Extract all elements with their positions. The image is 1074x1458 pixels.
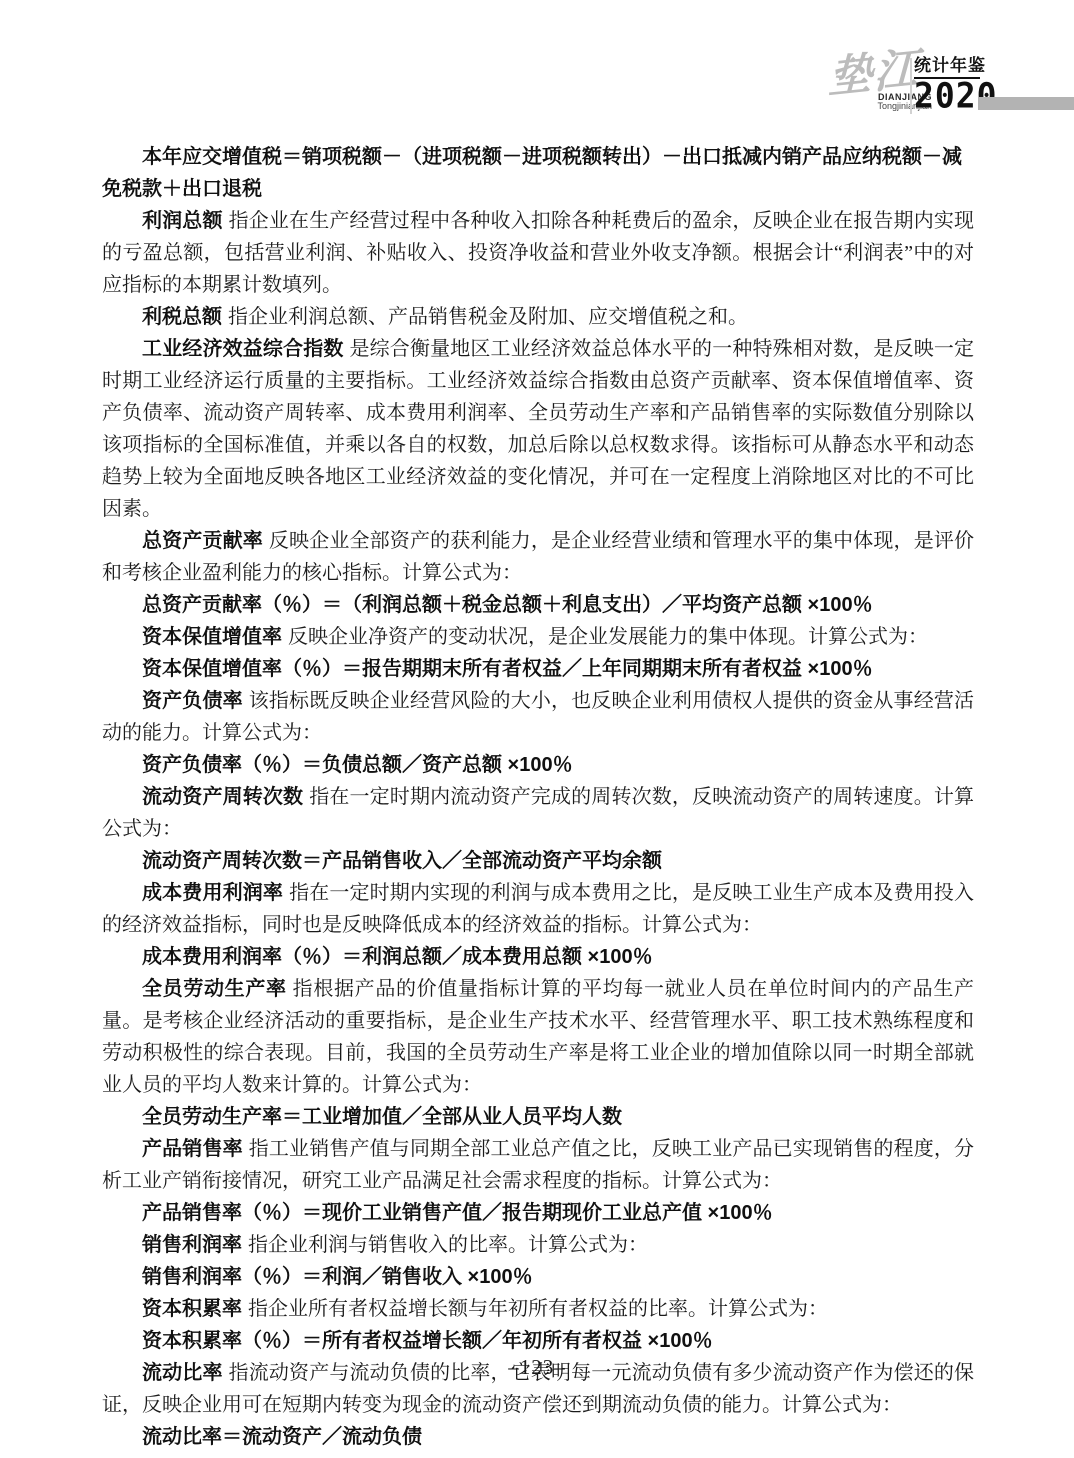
definition-paragraph: 利润总额指企业在生产经营过程中各种收入扣除各种耗费后的盈余，反映企业在报告期内实… [102,205,974,301]
definition-paragraph: 资本保值增值率反映企业净资产的变动状况，是企业发展能力的集中体现。计算公式为： [102,621,974,653]
formula-paragraph: 本年应交增值税＝销项税额－（进项税额－进项税额转出）－出口抵减内销产品应纳税额－… [102,141,974,205]
formula-paragraph: 成本费用利润率（％）＝利润总额／成本费用总额 ×100％ [102,941,974,973]
term-label: 利税总额 [142,306,222,328]
yearbook-title-block: 统计年鉴 2020 [914,56,980,113]
definition-paragraph: 流动资产周转次数指在一定时期内流动资产完成的周转次数，反映流动资产的周转速度。计… [102,781,974,845]
formula-paragraph: 全员劳动生产率＝工业增加值／全部从业人员平均人数 [102,1101,974,1133]
term-label: 利润总额 [142,210,223,232]
term-label: 流动资产周转次数 [142,786,303,808]
definition-paragraph: 销售利润率指企业利润与销售收入的比率。计算公式为： [102,1229,974,1261]
definition-paragraph: 工业经济效益综合指数是综合衡量地区工业经济效益总体水平的一种特殊相对数，是反映一… [102,333,974,525]
term-label: 销售利润率 [142,1234,242,1256]
term-label: 总资产贡献率 [142,530,263,552]
term-label: 资本积累率 [142,1298,242,1320]
formula-paragraph: 资本积累率（％）＝所有者权益增长额／年初所有者权益 ×100％ [102,1325,974,1357]
header-rule-bar [978,97,1074,110]
yearbook-page: 垫江 DIANJIANG Tongjinianjian 统计年鉴 2020 本年… [0,0,1074,1458]
definition-paragraph: 成本费用利润率指在一定时期内实现的利润与成本费用之比，是反映工业生产成本及费用投… [102,877,974,941]
yearbook-year: 2020 [914,78,980,114]
definition-paragraph: 产品销售率指工业销售产值与同期全部工业总产值之比，反映工业产品已实现销售的程度，… [102,1133,974,1197]
page-footer: –123– [0,1355,1074,1380]
term-label: 成本费用利润率 [142,882,283,904]
logo-divider [910,58,912,114]
formula-paragraph: 资产负债率（％）＝负债总额／资产总额 ×100％ [102,749,974,781]
definition-paragraph: 利税总额指企业利润总额、产品销售税金及附加、应交增值税之和。 [102,301,974,333]
term-label: 产品销售率 [142,1138,243,1160]
formula-paragraph: 流动资产周转次数＝产品销售收入／全部流动资产平均余额 [102,845,974,877]
term-label: 资本保值增值率 [142,626,282,648]
formula-paragraph: 产品销售率（％）＝现价工业销售产值／报告期现价工业总产值 ×100％ [102,1197,974,1229]
term-label: 工业经济效益综合指数 [142,338,344,360]
document-body: 本年应交增值税＝销项税额－（进项税额－进项税额转出）－出口抵减内销产品应纳税额－… [102,141,974,1453]
term-label: 全员劳动生产率 [142,978,287,1000]
term-label: 资产负债率 [142,690,243,712]
page-number: –123– [508,1355,566,1379]
definition-paragraph: 资本积累率指企业所有者权益增长额与年初所有者权益的比率。计算公式为： [102,1293,974,1325]
definition-paragraph: 资产负债率该指标既反映企业经营风险的大小，也反映企业利用债权人提供的资金从事经营… [102,685,974,749]
definition-paragraph: 总资产贡献率反映企业全部资产的获利能力，是企业经营业绩和管理水平的集中体现，是评… [102,525,974,589]
formula-paragraph: 总资产贡献率（％）＝（利润总额＋税金总额＋利息支出）／平均资产总额 ×100％ [102,589,974,621]
page-header: 垫江 DIANJIANG Tongjinianjian 统计年鉴 2020 [820,50,1074,120]
definition-paragraph: 全员劳动生产率指根据产品的价值量指标计算的平均每一就业人员在单位时间内的产品生产… [102,973,974,1101]
formula-paragraph: 资本保值增值率（％）＝报告期期末所有者权益／上年同期期末所有者权益 ×100％ [102,653,974,685]
formula-paragraph: 销售利润率（％）＝利润／销售收入 ×100％ [102,1261,974,1293]
formula-paragraph: 流动比率＝流动资产／流动负债 [102,1421,974,1453]
